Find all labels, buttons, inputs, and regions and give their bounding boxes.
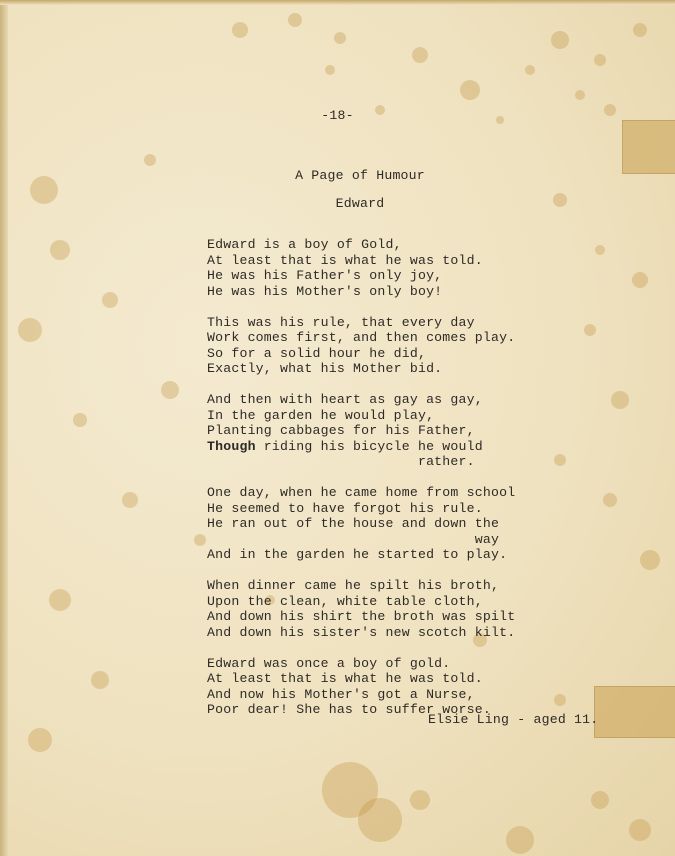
stain	[575, 90, 585, 100]
stain	[102, 292, 118, 308]
poem-line: This was his rule, that every day	[207, 315, 515, 331]
stain	[334, 32, 346, 44]
stain	[50, 240, 70, 260]
stain	[91, 671, 109, 689]
stain	[594, 54, 606, 66]
poem-line: When dinner came he spilt his broth,	[207, 578, 515, 594]
stain	[325, 65, 335, 75]
poem-subtitle: Edward	[0, 196, 675, 212]
stain	[73, 413, 87, 427]
poem-line: One day, when he came home from school	[207, 485, 515, 501]
stanza: Edward is a boy of Gold,At least that is…	[207, 237, 515, 299]
poem-title: A Page of Humour	[0, 168, 675, 184]
paper-edge-left	[0, 0, 8, 856]
poem-line: Exactly, what his Mother bid.	[207, 361, 515, 377]
poem-line: Upon the clean, white table cloth,	[207, 594, 515, 610]
stanza: And then with heart as gay as gay,In the…	[207, 392, 515, 470]
poem-line: And down his sister's new scotch kilt.	[207, 625, 515, 641]
tape-piece-top	[622, 120, 675, 174]
poem-line: In the garden he would play,	[207, 408, 515, 424]
stain	[18, 318, 42, 342]
stain	[525, 65, 535, 75]
typewritten-page: -18- A Page of Humour Edward Edward is a…	[0, 0, 675, 856]
poem-line: He was his Mother's only boy!	[207, 284, 515, 300]
stain	[584, 324, 596, 336]
stain	[633, 23, 647, 37]
author-signature: Elsie Ling - aged 11.	[428, 712, 598, 728]
stain	[358, 798, 402, 842]
stain	[194, 534, 206, 546]
poem-line: Edward was once a boy of gold.	[207, 656, 515, 672]
stain	[640, 550, 660, 570]
poem-line: He seemed to have forgot his rule.	[207, 501, 515, 517]
poem-line: Work comes first, and then comes play.	[207, 330, 515, 346]
poem-line: So for a solid hour he did,	[207, 346, 515, 362]
stain	[554, 694, 566, 706]
poem-body: Edward is a boy of Gold,At least that is…	[207, 237, 515, 733]
stain	[603, 493, 617, 507]
stain	[632, 272, 648, 288]
paper-edge-top	[0, 0, 675, 5]
stain	[591, 791, 609, 809]
poem-line: Planting cabbages for his Father,	[207, 423, 515, 439]
poem-line: Though riding his bicycle he would	[207, 439, 515, 455]
stain	[28, 728, 52, 752]
stain	[144, 154, 156, 166]
poem-line: At least that is what he was told.	[207, 671, 515, 687]
page-number: -18-	[0, 108, 675, 124]
poem-line: Edward is a boy of Gold,	[207, 237, 515, 253]
stain	[412, 47, 428, 63]
stain	[161, 381, 179, 399]
stain	[595, 245, 605, 255]
stain	[232, 22, 248, 38]
stain	[460, 80, 480, 100]
stain	[288, 13, 302, 27]
tape-piece-bottom	[594, 686, 675, 738]
poem-line: At least that is what he was told.	[207, 253, 515, 269]
stanza: One day, when he came home from schoolHe…	[207, 485, 515, 563]
poem-line: way	[207, 532, 515, 548]
poem-line: And in the garden he started to play.	[207, 547, 515, 563]
poem-line: And now his Mother's got a Nurse,	[207, 687, 515, 703]
stain	[611, 391, 629, 409]
stain	[49, 589, 71, 611]
stain	[122, 492, 138, 508]
stain	[554, 454, 566, 466]
stanza: Edward was once a boy of gold.At least t…	[207, 656, 515, 718]
stanza: This was his rule, that every dayWork co…	[207, 315, 515, 377]
poem-line: rather.	[207, 454, 515, 470]
stain	[551, 31, 569, 49]
stain	[410, 790, 430, 810]
poem-line: He was his Father's only joy,	[207, 268, 515, 284]
stanza: When dinner came he spilt his broth,Upon…	[207, 578, 515, 640]
stain	[506, 826, 534, 854]
poem-line: And then with heart as gay as gay,	[207, 392, 515, 408]
poem-line: And down his shirt the broth was spilt	[207, 609, 515, 625]
stain	[629, 819, 651, 841]
poem-line: He ran out of the house and down the	[207, 516, 515, 532]
